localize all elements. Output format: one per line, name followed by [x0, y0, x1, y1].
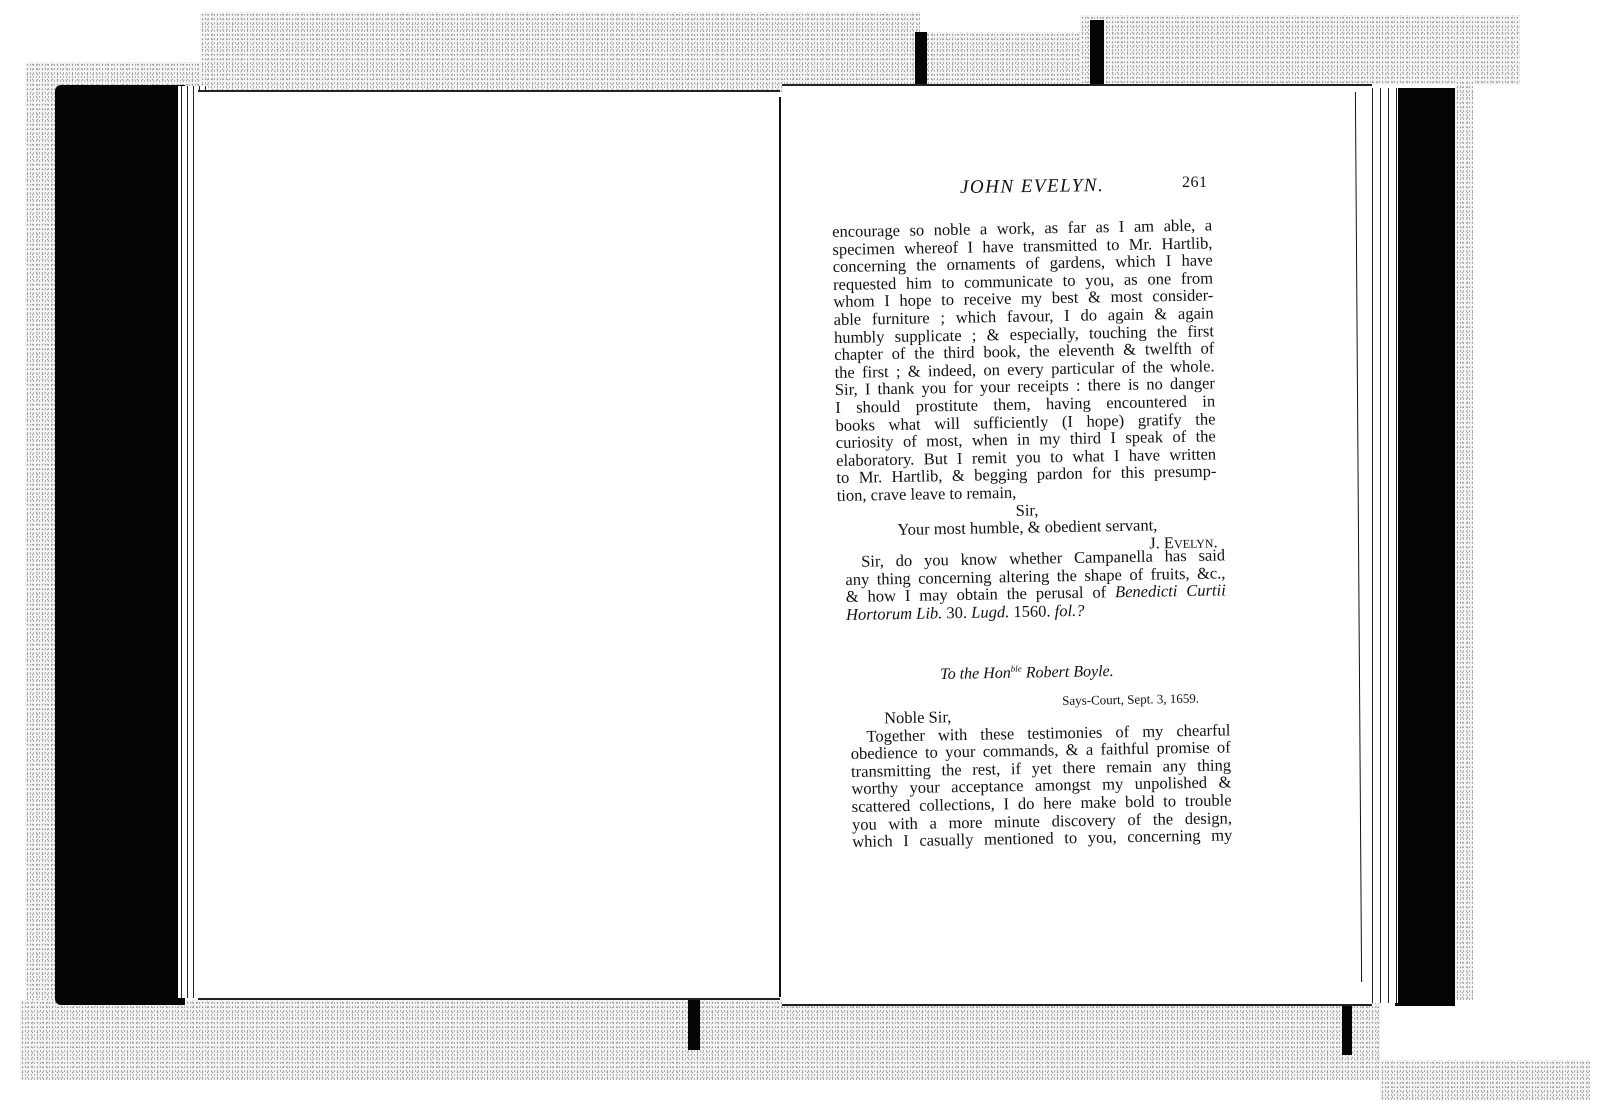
place-italic: Lugd.	[971, 602, 1009, 622]
text-fragment: 30.	[942, 603, 971, 623]
book-cover-left	[55, 85, 185, 1005]
letter-1-body: encourage so noble a work, as far as I a…	[832, 216, 1218, 557]
scan-surface-bottom-right	[1380, 1060, 1590, 1100]
right-page-stack	[1368, 88, 1398, 1003]
postscript: Sir, do you know whether Campanella has …	[845, 546, 1226, 623]
heading-prefix: To the Hon	[940, 665, 1011, 683]
heading-superscript: ble	[1011, 664, 1022, 674]
clip-bottom-right	[1342, 1000, 1352, 1055]
page-number: 261	[1182, 174, 1208, 192]
heading-suffix: Robert Boyle.	[1022, 663, 1114, 682]
clip-left	[915, 32, 927, 87]
gutter-line	[779, 97, 781, 997]
scan-surface-right	[1455, 80, 1473, 1000]
book-cover-right	[1395, 88, 1455, 1006]
book-title-italic: Hortorum Lib.	[846, 603, 943, 624]
format-italic: fol.?	[1054, 601, 1084, 621]
letter-2-body: Noble Sir, Together with these testimoni…	[850, 703, 1232, 850]
scan-surface-bottom	[20, 1000, 1380, 1080]
scan-surface-top	[200, 12, 920, 92]
text-fragment: 1560.	[1009, 601, 1055, 621]
clip-right	[1090, 20, 1104, 90]
scan-surface-top-right	[1080, 15, 1520, 85]
running-head: JOHN EVELYN.	[960, 175, 1105, 199]
letter-2-heading: To the Honble Robert Boyle.	[940, 659, 1114, 684]
scan-surface-left	[25, 62, 57, 1022]
book-title-italic: Benedicti Curtii	[1115, 581, 1226, 602]
clip-bottom-left	[688, 1000, 700, 1050]
left-page	[198, 90, 780, 1000]
scan-surface-top-middle	[920, 32, 1080, 87]
